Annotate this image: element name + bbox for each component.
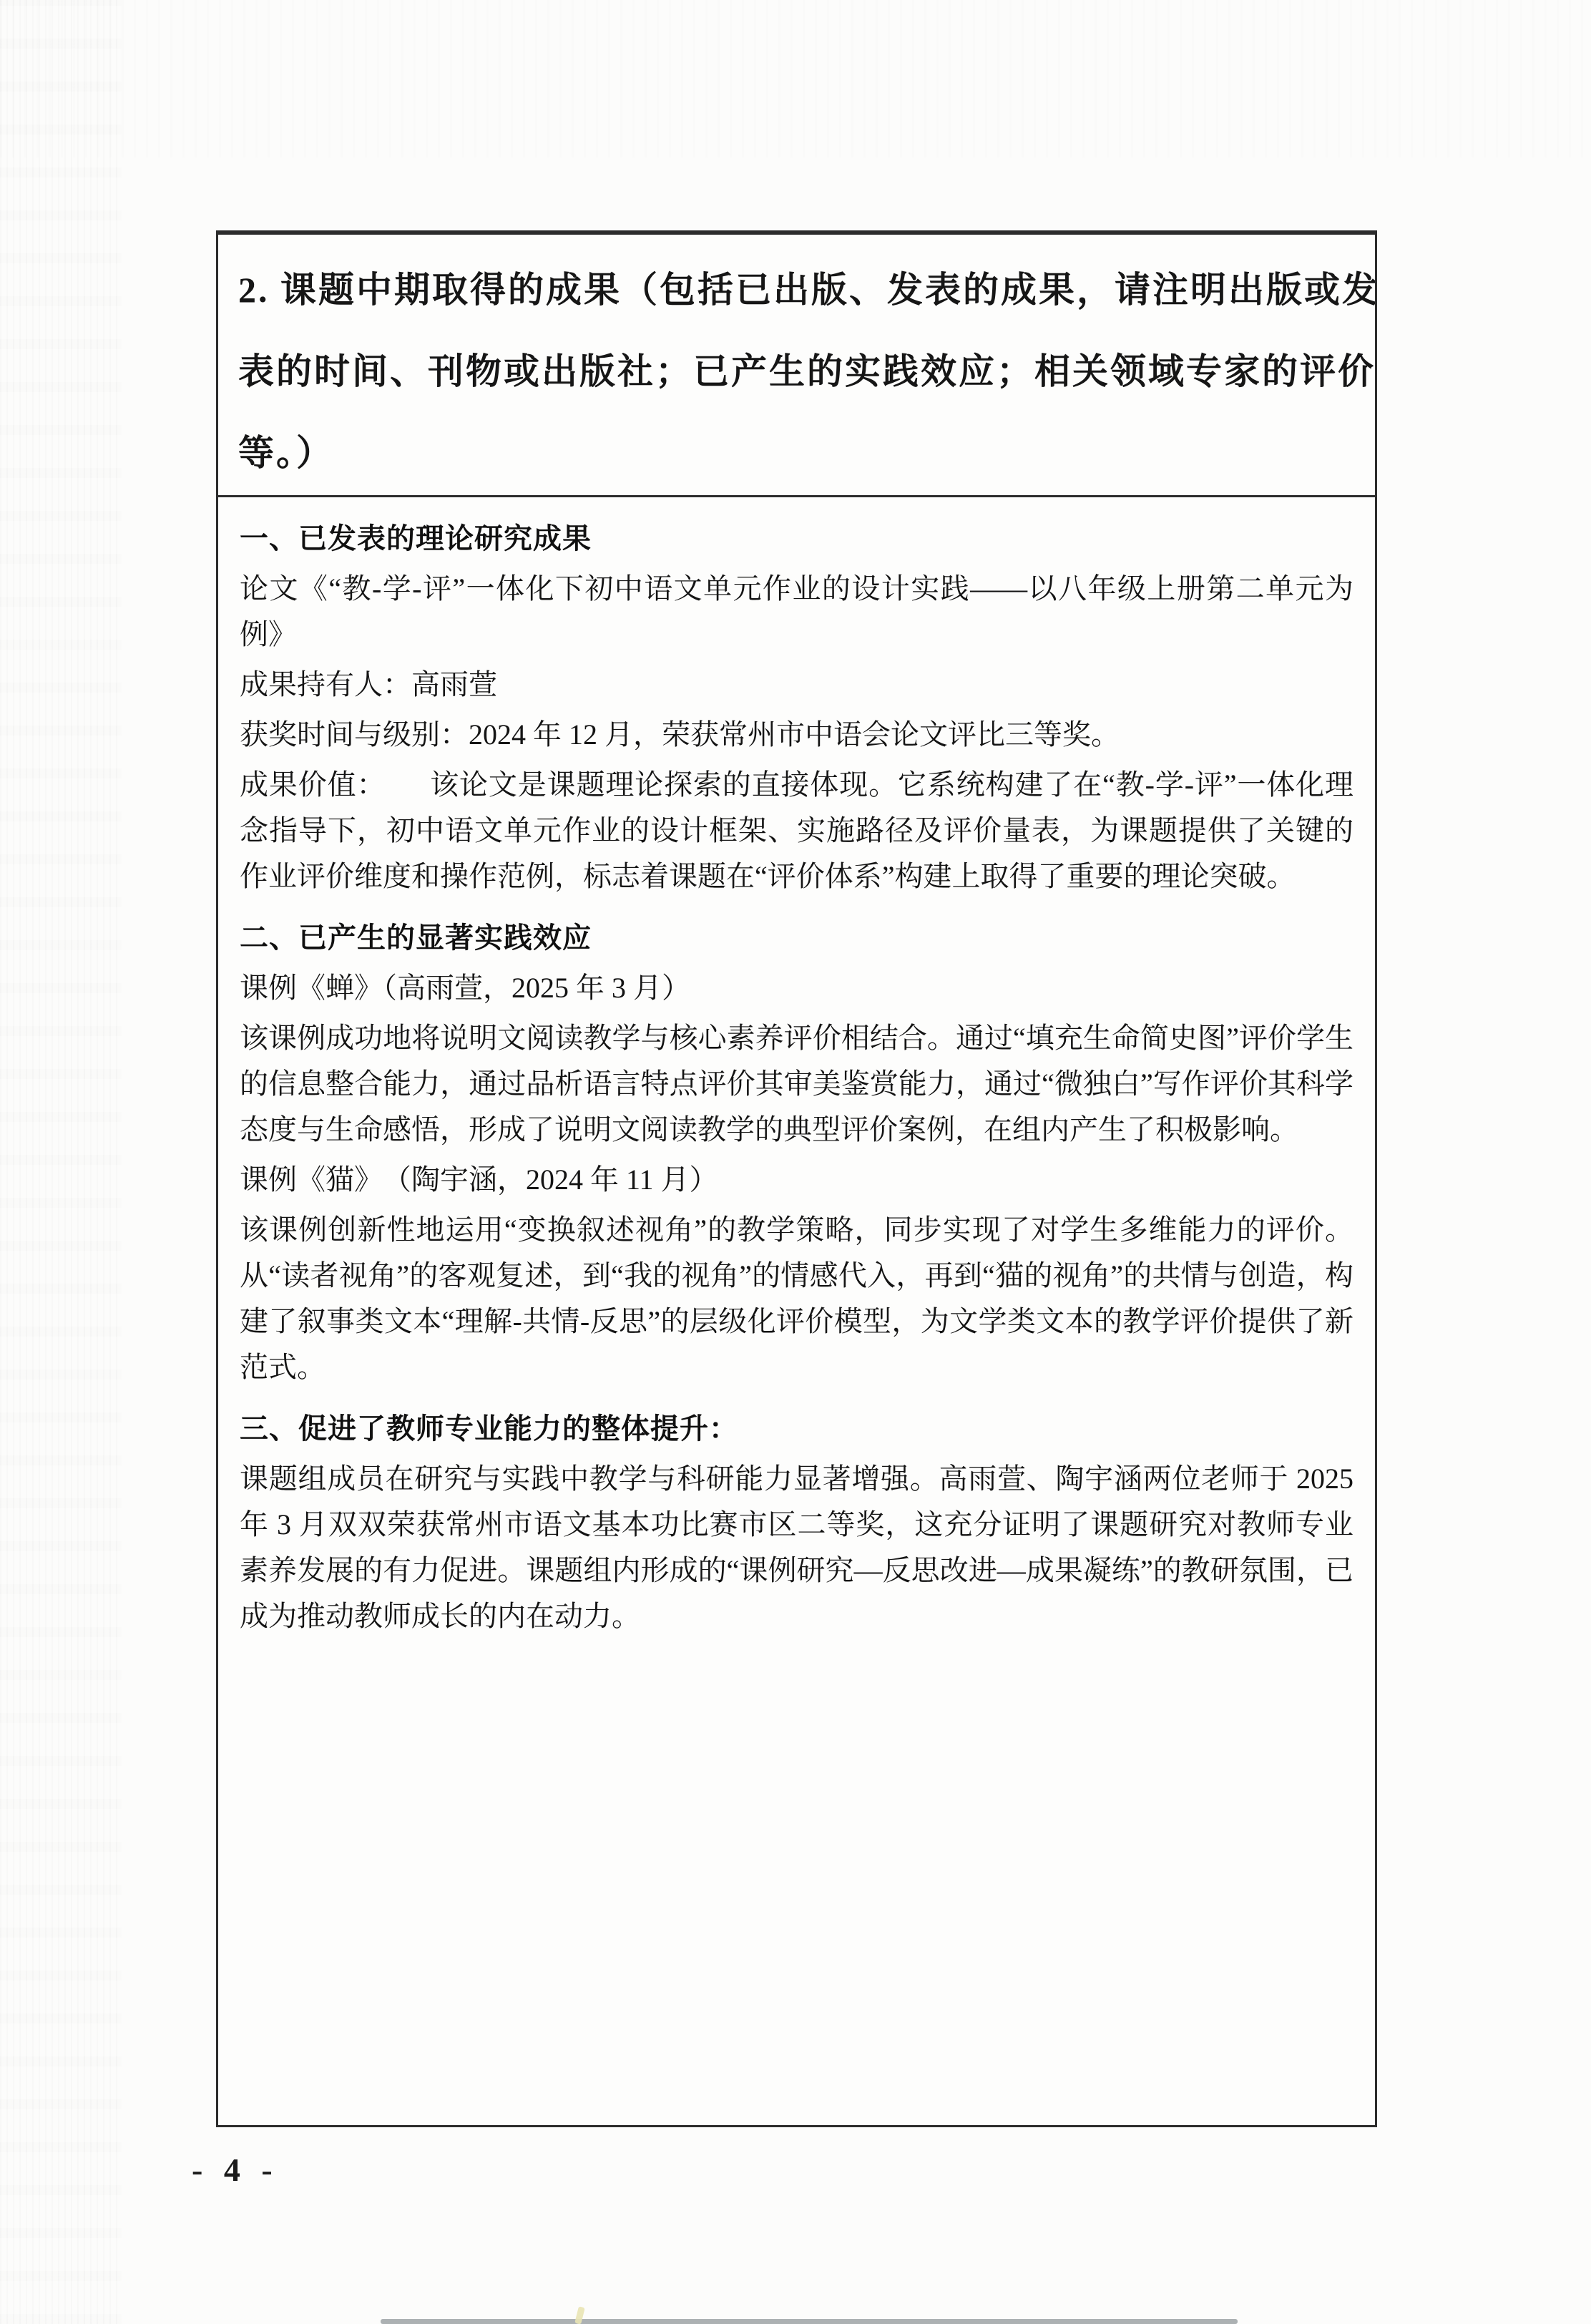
paragraph-result-holder: 成果持有人：高雨萱: [240, 662, 1353, 708]
paragraph-lesson-cicada-detail: 该课例成功地将说明文阅读教学与核心素养评价相结合。通过“填充生命简史图”评价学生…: [240, 1015, 1353, 1153]
paragraph-paper-title: 论文《“教-学-评”一体化下初中语文单元作业的设计实践——以八年级上册第二单元为…: [240, 566, 1353, 658]
header-line: 表的时间、刊物或出版社；已产生的实践效应；相关领域专家的评价: [238, 331, 1355, 412]
results-form-table: 2. 课题中期取得的成果（包括已出版、发表的成果，请注明出版或发 表的时间、刊物…: [216, 230, 1377, 2127]
section-heading-published-results: 一、已发表的理论研究成果: [240, 516, 1353, 562]
table-header-cell: 2. 课题中期取得的成果（包括已出版、发表的成果，请注明出版或发 表的时间、刊物…: [218, 235, 1375, 497]
paragraph-teacher-growth-detail: 课题组成员在研究与实践中教学与科研能力显著增强。高雨萱、陶宇涵两位老师于 202…: [240, 1456, 1353, 1639]
header-line: 等。）: [238, 412, 1355, 494]
paragraph-award-time-level: 获奖时间与级别：2024 年 12 月，荣获常州市中语会论文评比三等奖。: [240, 712, 1353, 758]
paragraph-lesson-cat-title: 课例《猫》 （陶宇涵，2024 年 11 月）: [240, 1157, 1353, 1203]
paragraph-lesson-cicada-title: 课例《蝉》（高雨萱，2025 年 3 月）: [240, 965, 1353, 1011]
section-heading-practice-effects: 二、已产生的显著实践效应: [240, 915, 1353, 961]
page-number: - 4 -: [192, 2151, 279, 2189]
scan-noise-left: [0, 0, 122, 2324]
scanner-shadow-band: [381, 2319, 1238, 2324]
table-body-cell: 一、已发表的理论研究成果 论文《“教-学-评”一体化下初中语文单元作业的设计实践…: [218, 497, 1375, 1639]
scan-noise-top: [0, 0, 1591, 157]
paragraph-lesson-cat-detail: 该课例创新性地运用“变换叙述视角”的教学策略，同步实现了对学生多维能力的评价。从…: [240, 1207, 1353, 1390]
header-line: 2. 课题中期取得的成果（包括已出版、发表的成果，请注明出版或发: [238, 249, 1355, 331]
paragraph-result-value: 成果价值： 该论文是课题理论探索的直接体现。它系统构建了在“教-学-评”一体化理…: [240, 762, 1353, 899]
section-heading-teacher-growth: 三、促进了教师专业能力的整体提升：: [240, 1406, 1353, 1452]
